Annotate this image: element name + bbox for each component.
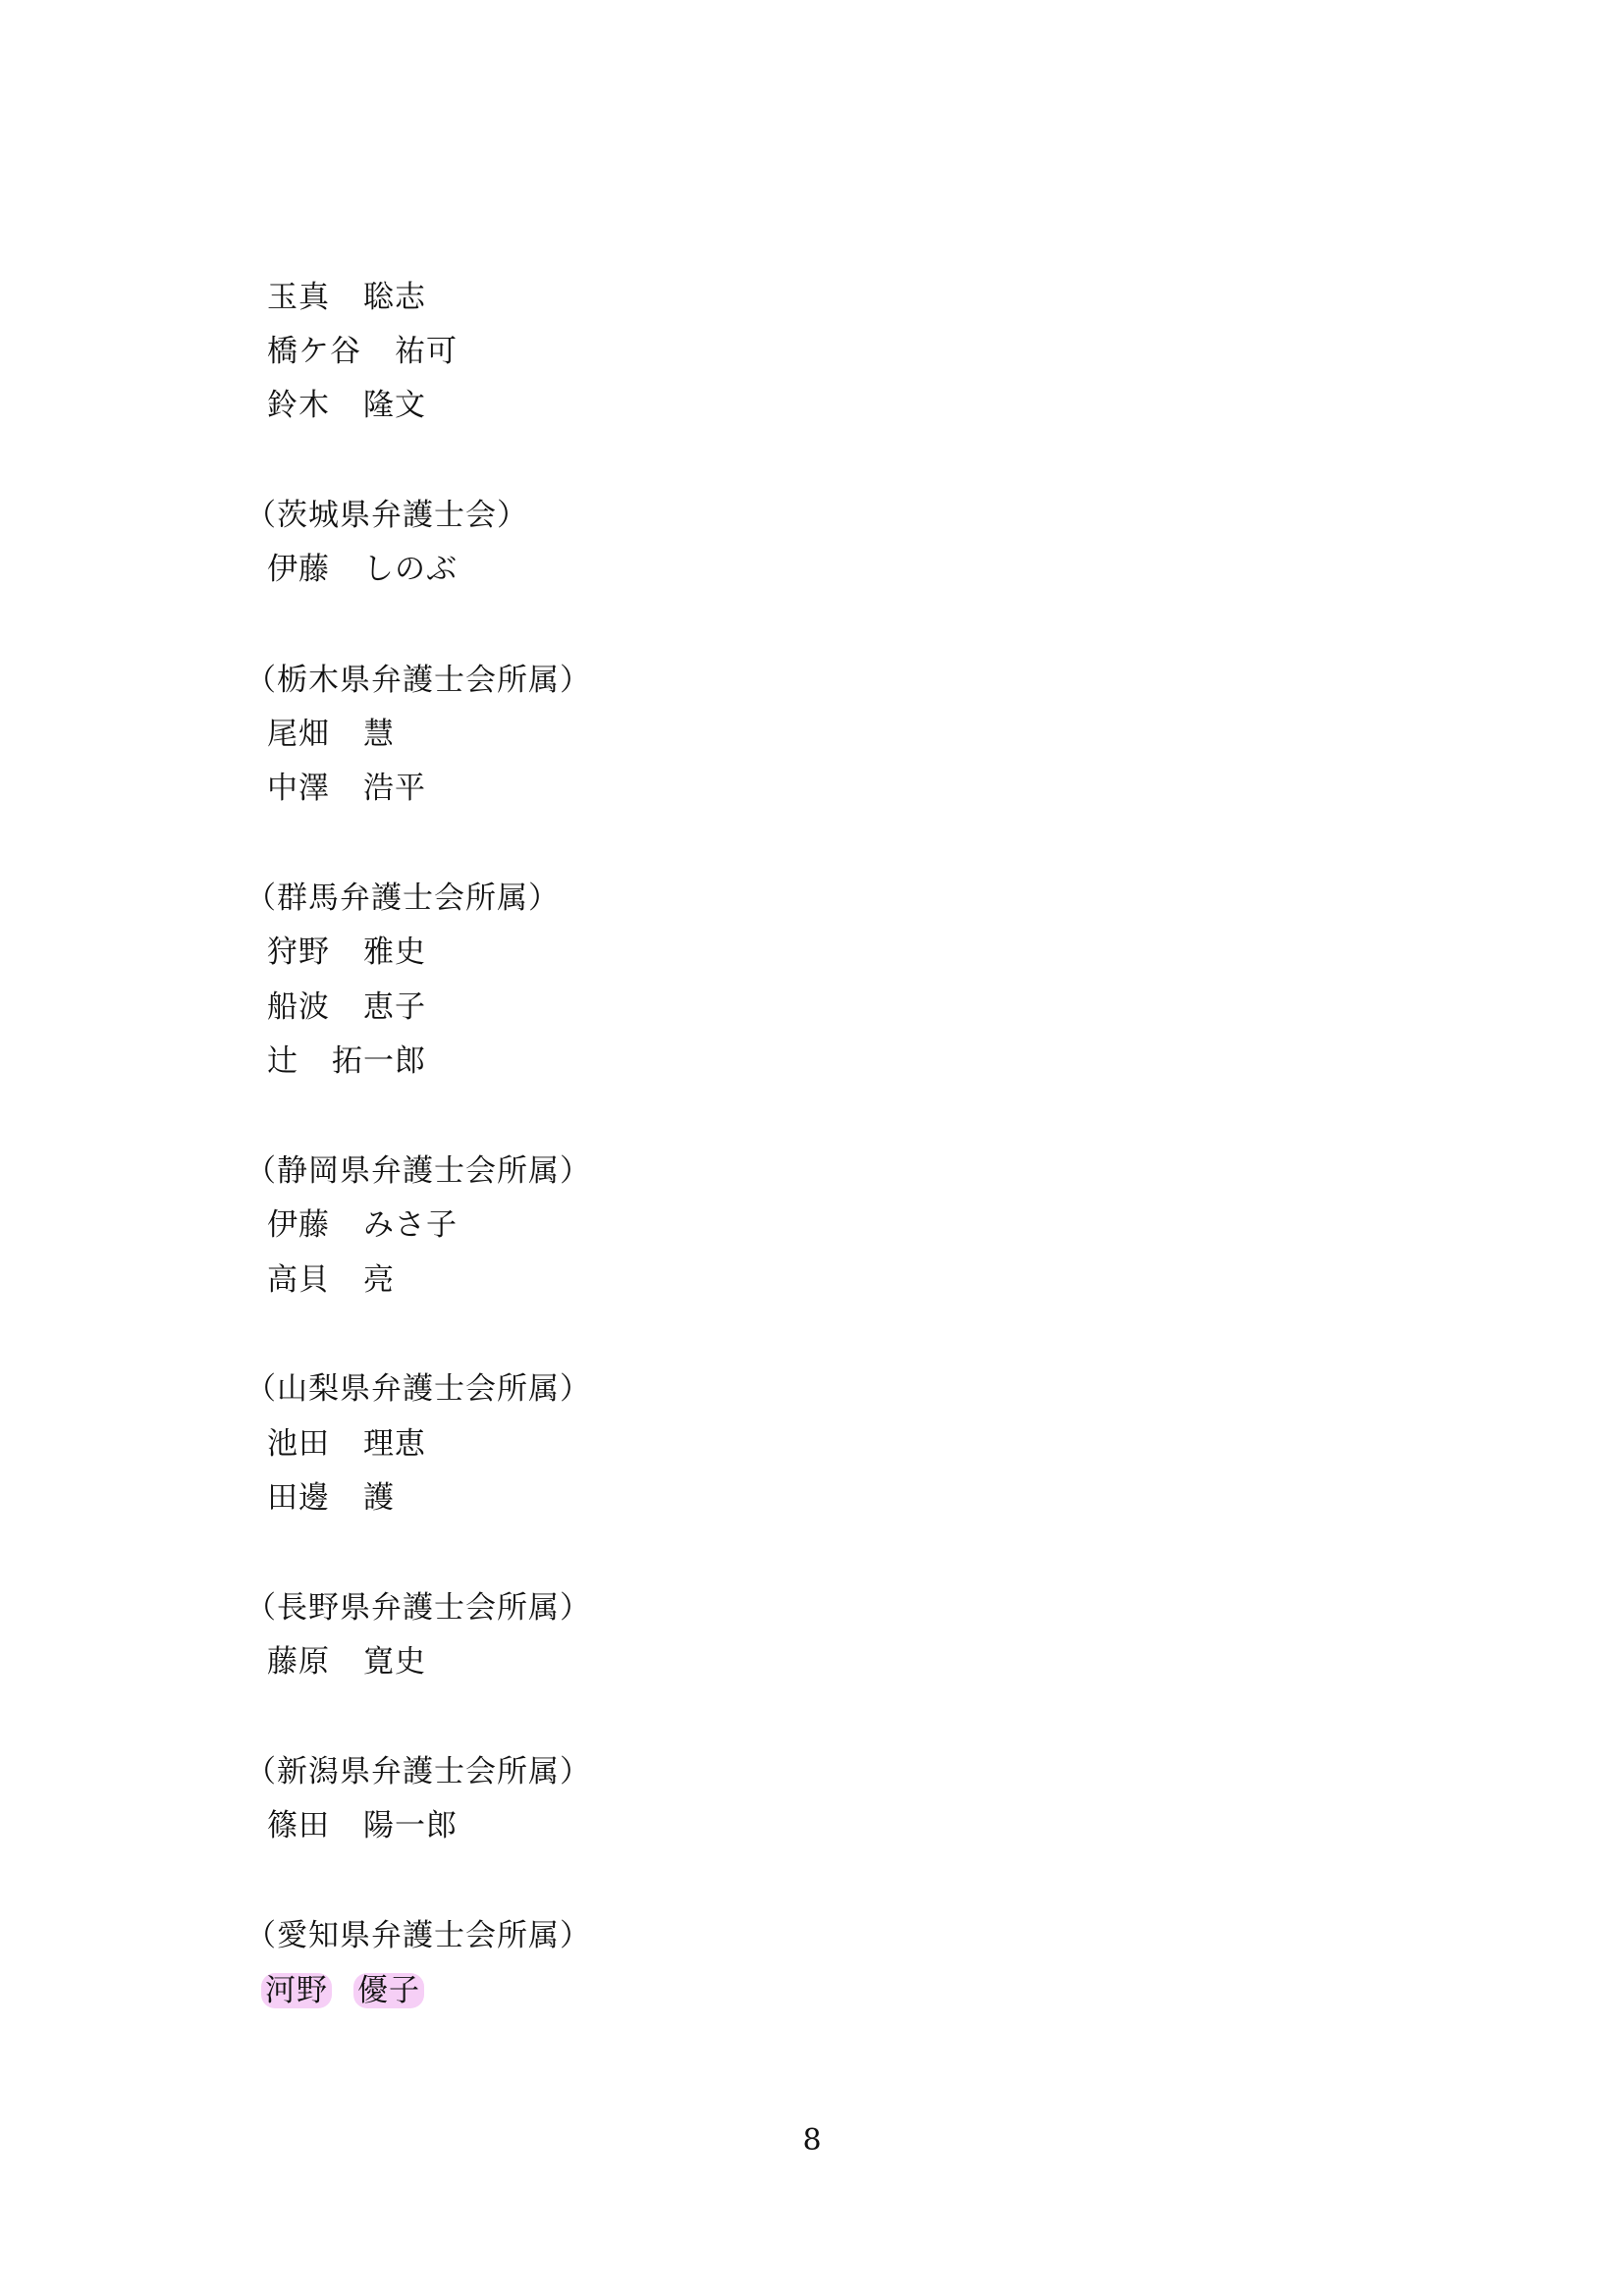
- given-name: 拓一郎: [332, 1043, 426, 1079]
- given-name: しのぶ: [363, 552, 458, 587]
- family-name: 船波: [267, 989, 330, 1025]
- given-name: 寛史: [363, 1644, 426, 1680]
- family-name: 田邊: [267, 1480, 330, 1516]
- member-name: 狩野雅史: [267, 933, 426, 972]
- given-name: 雅史: [363, 934, 426, 970]
- given-name: 理恵: [363, 1426, 426, 1462]
- given-name: 祐可: [395, 334, 458, 369]
- given-name: 聡志: [363, 280, 426, 315]
- member-name-highlighted: 河野優子: [261, 1971, 424, 2010]
- given-name: 慧: [363, 717, 395, 752]
- member-name: 鈴木隆文: [267, 386, 426, 425]
- member-name: 伊藤みさ子: [267, 1205, 458, 1245]
- family-name: 鈴木: [267, 388, 330, 423]
- family-name: 高貝: [267, 1262, 330, 1298]
- family-name: 狩野: [267, 934, 330, 970]
- family-name: 池田: [267, 1426, 330, 1462]
- family-name: 辻: [267, 1043, 298, 1079]
- family-name: 伊藤: [267, 552, 330, 587]
- family-name: 藤原: [267, 1644, 330, 1680]
- page-number: 8: [0, 2123, 1624, 2159]
- member-name: 伊藤しのぶ: [267, 550, 458, 589]
- member-name: 高貝亮: [267, 1260, 395, 1300]
- bar-association-heading: （山梨県弁護士会所属）: [245, 1369, 591, 1409]
- bar-association-heading: （愛知県弁護士会所属）: [245, 1916, 591, 1955]
- given-name: みさ子: [363, 1207, 458, 1243]
- given-name: 護: [363, 1480, 395, 1516]
- bar-association-heading: （茨城県弁護士会）: [245, 496, 528, 535]
- given-name: 亮: [363, 1262, 395, 1298]
- member-name: 篠田陽一郎: [267, 1806, 458, 1845]
- bar-association-heading: （長野県弁護士会所属）: [245, 1588, 591, 1628]
- given-name: 陽一郎: [363, 1808, 458, 1843]
- member-name: 中澤浩平: [267, 769, 426, 808]
- member-name: 田邊護: [267, 1478, 395, 1518]
- bar-association-heading: （栃木県弁護士会所属）: [245, 661, 591, 700]
- family-name: 伊藤: [267, 1207, 330, 1243]
- family-name: 中澤: [267, 771, 330, 806]
- family-name: 尾畑: [267, 717, 330, 752]
- given-name-highlight: 優子: [353, 1973, 424, 2008]
- document-page: 玉真聡志 橋ケ谷祐可 鈴木隆文 （茨城県弁護士会） 伊藤しのぶ （栃木県弁護士会…: [0, 0, 1624, 2296]
- bar-association-heading: （静岡県弁護士会所属）: [245, 1151, 591, 1191]
- member-name: 玉真聡志: [267, 278, 426, 317]
- given-name: 恵子: [363, 989, 426, 1025]
- member-name: 藤原寛史: [267, 1642, 426, 1682]
- member-name: 尾畑慧: [267, 715, 395, 754]
- given-name: 浩平: [363, 771, 426, 806]
- member-name: 橋ケ谷祐可: [267, 332, 458, 371]
- family-name: 篠田: [267, 1808, 330, 1843]
- member-name: 船波恵子: [267, 988, 426, 1027]
- given-name: 隆文: [363, 388, 426, 423]
- bar-association-heading: （群馬弁護士会所属）: [245, 879, 560, 918]
- family-name: 玉真: [267, 280, 330, 315]
- member-name: 辻拓一郎: [267, 1041, 426, 1081]
- family-name: 橋ケ谷: [267, 334, 361, 369]
- member-name: 池田理恵: [267, 1424, 426, 1464]
- bar-association-heading: （新潟県弁護士会所属）: [245, 1752, 591, 1791]
- family-name-highlight: 河野: [261, 1973, 332, 2008]
